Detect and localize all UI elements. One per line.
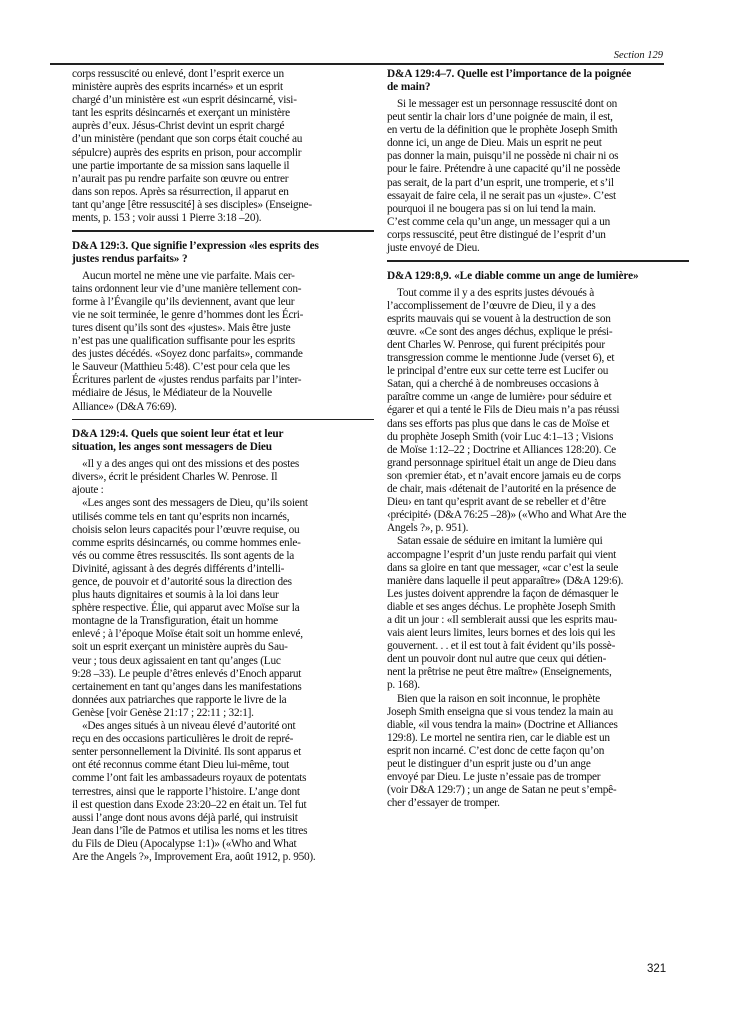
section-body: «Il y a des anges qui ont des missions e…: [72, 458, 372, 864]
text-line: Joseph Smith enseigna que si vous tendez…: [387, 706, 687, 719]
text-line: ments, p. 153 ; voir aussi 1 Pierre 3:18…: [72, 212, 372, 225]
text-line: Angels ?», p. 951).: [387, 522, 687, 535]
text-line: 9:28 –33). Le peuple d’êtres enlevés d’E…: [72, 668, 372, 681]
text-line: diable et ses anges déchus. Le prophète …: [387, 601, 687, 614]
text-line: son ‹premier état›, et n’avait encore ja…: [387, 470, 687, 483]
text-line: de Moïse 1:12–22 ; Doctrine et Alliances…: [387, 444, 687, 457]
text-line: grand personnage spirituel était un ange…: [387, 457, 687, 470]
section-heading: D&A 129:3. Que signifie l’expression «le…: [72, 240, 372, 266]
text-line: aussi l’ange dont nous avons déjà parlé,…: [72, 812, 372, 825]
text-line: auprès d’eux. Jésus-Christ devint un esp…: [72, 120, 372, 133]
heading-line: D&A 129:8,9. «Le diable comme un ange de…: [387, 270, 687, 283]
text-line: C’est comme cela qu’un ange, un messager…: [387, 216, 687, 229]
text-line: a dit un jour : «Il semblerait aussi que…: [387, 614, 687, 627]
text-line: (voir D&A 129:7) ; un ange de Satan ne p…: [387, 784, 687, 797]
section-divider: [72, 230, 374, 232]
text-line: essayait de faire cela, il ne serait pas…: [387, 190, 687, 203]
text-line: peut le distinguer d’un esprit juste ou …: [387, 758, 687, 771]
text-line: nent la prêtrise ne peut être maître» (E…: [387, 666, 687, 679]
text-line: paraître comme un ‹ange de lumière› pour…: [387, 391, 687, 404]
right-column: D&A 129:4–7. Quelle est l’importance de …: [387, 68, 687, 810]
running-head: Section 129: [614, 50, 663, 61]
text-line: Écritures parlent de «justes rendus parf…: [72, 374, 372, 387]
text-line: «Des anges situés à un niveau élevé d’au…: [72, 720, 372, 733]
text-line: montagne de la Transfiguration, était un…: [72, 615, 372, 628]
text-line: accompagne l’esprit d’un juste rendu par…: [387, 549, 687, 562]
page-number: 321: [647, 963, 666, 975]
section-body: Tout comme il y a des esprits justes dév…: [387, 287, 687, 811]
text-line: chargé d’un ministère est «un esprit dés…: [72, 94, 372, 107]
heading-line: D&A 129:3. Que signifie l’expression «le…: [72, 240, 372, 253]
text-line: le principal d’entre eux sur cette terre…: [387, 365, 687, 378]
text-line: utilisés comme tels en tant qu’esprits n…: [72, 511, 372, 524]
text-line: des justes décédés. «Soyez donc parfaits…: [72, 348, 372, 361]
text-line: Alliance» (D&A 76:69).: [72, 401, 372, 414]
text-line: ministère auprès des esprits incarnés» e…: [72, 81, 372, 94]
text-line: veur ; tous deux agissaient en tant qu’a…: [72, 655, 372, 668]
text-line: divers», écrit le président Charles W. P…: [72, 471, 372, 484]
section-body: Aucun mortel ne mène une vie parfaite. M…: [72, 270, 372, 414]
text-line: sépulcre) auprès des esprits en prison, …: [72, 147, 372, 160]
text-line: forme à l’Évangile qu’ils deviennent, av…: [72, 296, 372, 309]
text-line: senter personnellement la Divinité. Ils …: [72, 746, 372, 759]
text-line: envoyé par Dieu. Le juste n’essaie pas d…: [387, 771, 687, 784]
text-line: choisis selon leurs capacités pour l’œuv…: [72, 524, 372, 537]
section-heading: D&A 129:8,9. «Le diable comme un ange de…: [387, 270, 687, 283]
text-line: plus hauts dignitaires et soumis à la lo…: [72, 589, 372, 602]
text-line: tant les esprits désincarnés et exerçant…: [72, 107, 372, 120]
left-column: corps ressuscité ou enlevé, dont l’espri…: [72, 68, 372, 864]
text-line: gouvernent. . . et il est tout à fait év…: [387, 640, 687, 653]
text-line: données aux patriarches que rapporte le …: [72, 694, 372, 707]
text-line: Satan essaie de séduire en imitant la lu…: [387, 535, 687, 548]
text-line: l’accomplissement de l’œuvre de Dieu, il…: [387, 300, 687, 313]
text-line: comme l’ont fait les ambassadeurs royaux…: [72, 772, 372, 785]
text-line: dans son repos. Après sa résurrection, i…: [72, 186, 372, 199]
text-line: Aucun mortel ne mène une vie parfaite. M…: [72, 270, 372, 283]
section-129-8-9: D&A 129:8,9. «Le diable comme un ange de…: [387, 270, 687, 811]
text-line: Les justes doivent apprendre la façon de…: [387, 588, 687, 601]
text-line: Jean dans l’île de Patmos et utilisa les…: [72, 825, 372, 838]
text-line: d’un ministère (pendant que son corps ét…: [72, 133, 372, 146]
text-line: enlevé ; à l’époque Moïse était soit un …: [72, 628, 372, 641]
text-line: corps ressuscité, peut être distingué de…: [387, 229, 687, 242]
section-129-4-7: D&A 129:4–7. Quelle est l’importance de …: [387, 68, 687, 255]
text-line: juste envoyé de Dieu.: [387, 242, 687, 255]
text-line: Are the Angels ?», Improvement Era, août…: [72, 851, 372, 864]
text-line: vie ne soit terminée, le genre d’hommes …: [72, 309, 372, 322]
text-line: pas serait, de la part d’un esprit, une …: [387, 177, 687, 190]
text-line: transgression comme le mentionne Jude (v…: [387, 352, 687, 365]
section-divider: [387, 260, 689, 262]
text-line: Bien que la raison en soit inconnue, le …: [387, 693, 687, 706]
text-line: ajoute :: [72, 484, 372, 497]
section-body: Si le messager est un personnage ressusc…: [387, 98, 687, 255]
text-line: p. 168).: [387, 679, 687, 692]
text-line: gence, de pouvoir et d’autorité sous la …: [72, 576, 372, 589]
text-line: tains ordonnent leur vie d’une manière t…: [72, 283, 372, 296]
text-line: «Il y a des anges qui ont des missions e…: [72, 458, 372, 471]
text-line: Genèse [voir Genèse 21:17 ; 22:11 ; 32:1…: [72, 707, 372, 720]
section-129-3: D&A 129:3. Que signifie l’expression «le…: [72, 240, 372, 414]
text-line: du Fils de Dieu (Apocalypse 1:1)» («Who …: [72, 838, 372, 851]
text-line: tant qu’ange [être ressuscité] à ses dis…: [72, 199, 372, 212]
text-line: médiaire de Jésus, le Médiateur de la No…: [72, 387, 372, 400]
text-line: vais aient leurs limites, leurs bornes e…: [387, 627, 687, 640]
text-line: en vertu de la définition que le prophèt…: [387, 124, 687, 137]
text-line: «Les anges sont des messagers de Dieu, q…: [72, 497, 372, 510]
heading-line: justes rendus parfaits» ?: [72, 253, 372, 266]
text-line: pourquoi il ne bougera pas si on lui ten…: [387, 203, 687, 216]
text-line: corps ressuscité ou enlevé, dont l’espri…: [72, 68, 372, 81]
text-line: du prophète Joseph Smith (voir Luc 4:1–1…: [387, 431, 687, 444]
header-rule: [50, 63, 664, 65]
text-line: esprits mauvais qui se vouent à la destr…: [387, 313, 687, 326]
text-line: n’est pas une qualification suffisante p…: [72, 335, 372, 348]
text-line: tures disent qu’ils sont des «justes». M…: [72, 322, 372, 335]
text-line: peut sentir la chair lors d’une poignée …: [387, 111, 687, 124]
text-line: donne ici, un ange de Dieu. Mais un espr…: [387, 137, 687, 150]
text-line: Tout comme il y a des esprits justes dév…: [387, 287, 687, 300]
text-line: Dieu› en tant qu’esprit avant de se rebe…: [387, 496, 687, 509]
heading-line: situation, les anges sont messagers de D…: [72, 441, 372, 454]
text-line: soit un esprit exerçant un ministère aup…: [72, 641, 372, 654]
text-line: comme esprits désincarnés, ou comme homm…: [72, 537, 372, 550]
text-line: diable, «il vous tendra la main» (Doctri…: [387, 719, 687, 732]
continuation-text: corps ressuscité ou enlevé, dont l’espri…: [72, 68, 372, 225]
text-line: il est question dans Exode 23:20–22 en é…: [72, 799, 372, 812]
text-line: dans ses efforts pas plus que dans le ca…: [387, 418, 687, 431]
text-line: de chair, mais ‹détenait de l’autorité e…: [387, 483, 687, 496]
section-heading: D&A 129:4–7. Quelle est l’importance de …: [387, 68, 687, 94]
text-line: œuvre. «Ce sont des anges déchus, expliq…: [387, 326, 687, 339]
text-line: vés ou comme êtres ressuscités. Ils sont…: [72, 550, 372, 563]
text-line: terrestres, ainsi que le rapporte l’hist…: [72, 786, 372, 799]
heading-line: de main?: [387, 81, 687, 94]
text-line: manière dans laquelle il peut apparaître…: [387, 575, 687, 588]
text-line: ont été reconnus comme étant Dieu lui-mê…: [72, 759, 372, 772]
text-line: reçu en des occasions particulières le d…: [72, 733, 372, 746]
text-line: le Sauveur (Matthieu 5:48). C’est pour c…: [72, 361, 372, 374]
text-line: sphère respective. Élie, qui apparut ave…: [72, 602, 372, 615]
text-line: égarer et qui a tenté le Fils de Dieu ma…: [387, 404, 687, 417]
heading-line: D&A 129:4–7. Quelle est l’importance de …: [387, 68, 687, 81]
text-line: Si le messager est un personnage ressusc…: [387, 98, 687, 111]
text-line: cher d’essayer de tromper.: [387, 797, 687, 810]
text-line: pour le faire. Prétendre à une capacité …: [387, 163, 687, 176]
text-line: pas donner la main, puisqu’il ne possède…: [387, 150, 687, 163]
section-129-4: D&A 129:4. Quels que soient leur état et…: [72, 428, 372, 864]
text-line: dent un pouvoir dont nul autre que ceux …: [387, 653, 687, 666]
section-divider: [72, 419, 374, 421]
text-line: Satan, qui a cherché à de nombreuses occ…: [387, 378, 687, 391]
text-line: n’aurait pas pu rendre parfaite son œuvr…: [72, 173, 372, 186]
text-line: une partie importante de sa mission sans…: [72, 160, 372, 173]
text-line: dans sa gloire en tant que messager, «ca…: [387, 562, 687, 575]
text-line: Divinité, agissant à des degrés différen…: [72, 563, 372, 576]
text-line: esprit non incarné. C’est donc de cette …: [387, 745, 687, 758]
text-line: certainement en tant qu’anges dans les m…: [72, 681, 372, 694]
text-line: 129:8). Le mortel ne sentira rien, car l…: [387, 732, 687, 745]
text-line: dent Charles W. Penrose, qui furent préc…: [387, 339, 687, 352]
section-heading: D&A 129:4. Quels que soient leur état et…: [72, 428, 372, 454]
text-line: ‹précipité› (D&A 76:25 –28)» («Who and W…: [387, 509, 687, 522]
heading-line: D&A 129:4. Quels que soient leur état et…: [72, 428, 372, 441]
